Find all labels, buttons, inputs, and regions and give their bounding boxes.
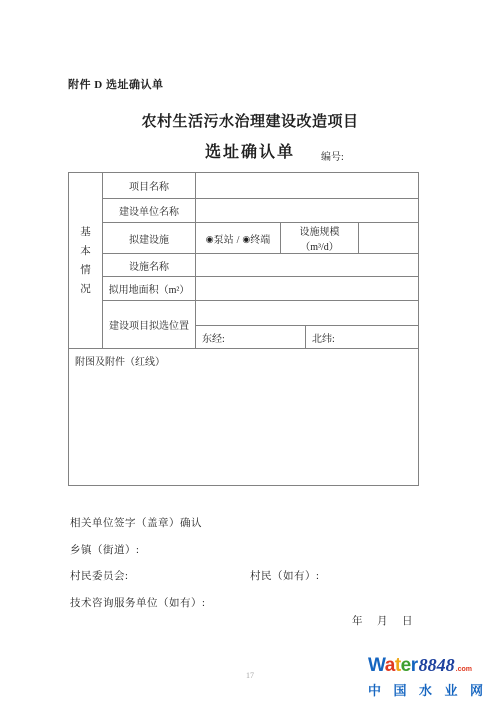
row-proposed-location: 建设项目拟选位置: [69, 301, 419, 326]
land-area-value-cell: [196, 277, 419, 301]
north-latitude-label: 北纬:: [306, 326, 419, 349]
radio-pump-station-icon: ◉: [206, 234, 214, 244]
row-proposed-facility: 拟建设施 ◉泵站/◉终端 设施规模（m³/d）: [69, 223, 419, 254]
technical-unit-label: 技术咨询服务单位（如有）:: [70, 595, 205, 610]
township-label: 乡镇（街道）:: [70, 542, 139, 557]
facility-name-value-cell: [196, 254, 419, 277]
form-number-label: 编号:: [321, 148, 344, 163]
construction-unit-value-cell: [196, 199, 419, 223]
village-committee-label: 村民委员会:: [70, 568, 128, 583]
attachment-drawing-label: 附图及附件（红线）: [69, 349, 419, 486]
villager-label: 村民（如有）:: [250, 568, 319, 583]
facility-scale-label: 设施规模（m³/d）: [281, 223, 359, 254]
document-page: 附件 D 选址确认单 农村生活污水治理建设改造项目 选址确认单 编号: 基 本 …: [0, 0, 500, 708]
site-selection-form-table: 基 本 情 况 项目名称 建设单位名称 拟建设施 ◉泵站/◉终端 设施规模（m³…: [68, 172, 419, 486]
date-month-label: 月: [377, 613, 388, 628]
facility-scale-value-cell: [359, 223, 419, 254]
logo-letter: W: [368, 655, 385, 676]
land-area-label: 拟用地面积（m²）: [103, 277, 196, 301]
row-project-name: 基 本 情 况 项目名称: [69, 173, 419, 199]
date-year-label: 年: [352, 613, 363, 628]
logo-number: 8848: [419, 655, 455, 675]
radio-terminal-icon: ◉: [242, 234, 250, 244]
logo-domain-suffix: .com: [456, 660, 472, 680]
logo-letter: r: [411, 655, 418, 676]
section-char: 本: [71, 242, 100, 261]
date-placeholder: 年 月 日: [352, 613, 413, 628]
section-char: 基: [71, 223, 100, 242]
facility-options-cell: ◉泵站/◉终端: [196, 223, 281, 254]
row-facility-name: 设施名称: [69, 254, 419, 277]
project-name-value-cell: [196, 173, 419, 199]
date-day-label: 日: [402, 613, 413, 628]
row-construction-unit: 建设单位名称: [69, 199, 419, 223]
option-terminal-label: 终端: [250, 235, 270, 246]
option-pump-station-label: 泵站: [214, 235, 234, 246]
facility-name-label: 设施名称: [103, 254, 196, 277]
logo-letter: e: [401, 655, 411, 676]
row-land-area: 拟用地面积（m²）: [69, 277, 419, 301]
proposed-location-value-cell: [196, 301, 419, 326]
construction-unit-label: 建设单位名称: [103, 199, 196, 223]
option-separator: /: [237, 235, 240, 246]
document-title: 农村生活污水治理建设改造项目: [0, 110, 500, 131]
section-basic-info-header: 基 本 情 况: [69, 173, 103, 349]
logo-letter: a: [385, 655, 395, 676]
logo-tagline: 中国水业网: [368, 680, 500, 699]
signature-heading: 相关单位签字（盖章）确认: [70, 515, 202, 530]
proposed-location-label: 建设项目拟选位置: [103, 301, 196, 349]
water8848-logo: Water 8848 .com 中国水业网: [368, 655, 500, 699]
project-name-label: 项目名称: [103, 173, 196, 199]
logo-brand-line: Water 8848 .com: [368, 655, 500, 680]
section-char: 情: [71, 261, 100, 280]
attachment-heading: 附件 D 选址确认单: [68, 76, 163, 92]
east-longitude-label: 东经:: [196, 326, 306, 349]
logo-brand-text: Water: [368, 656, 418, 676]
section-char: 况: [71, 280, 100, 299]
row-attachment-drawing: 附图及附件（红线）: [69, 349, 419, 486]
document-subtitle: 选址确认单: [0, 139, 500, 162]
proposed-facility-label: 拟建设施: [103, 223, 196, 254]
